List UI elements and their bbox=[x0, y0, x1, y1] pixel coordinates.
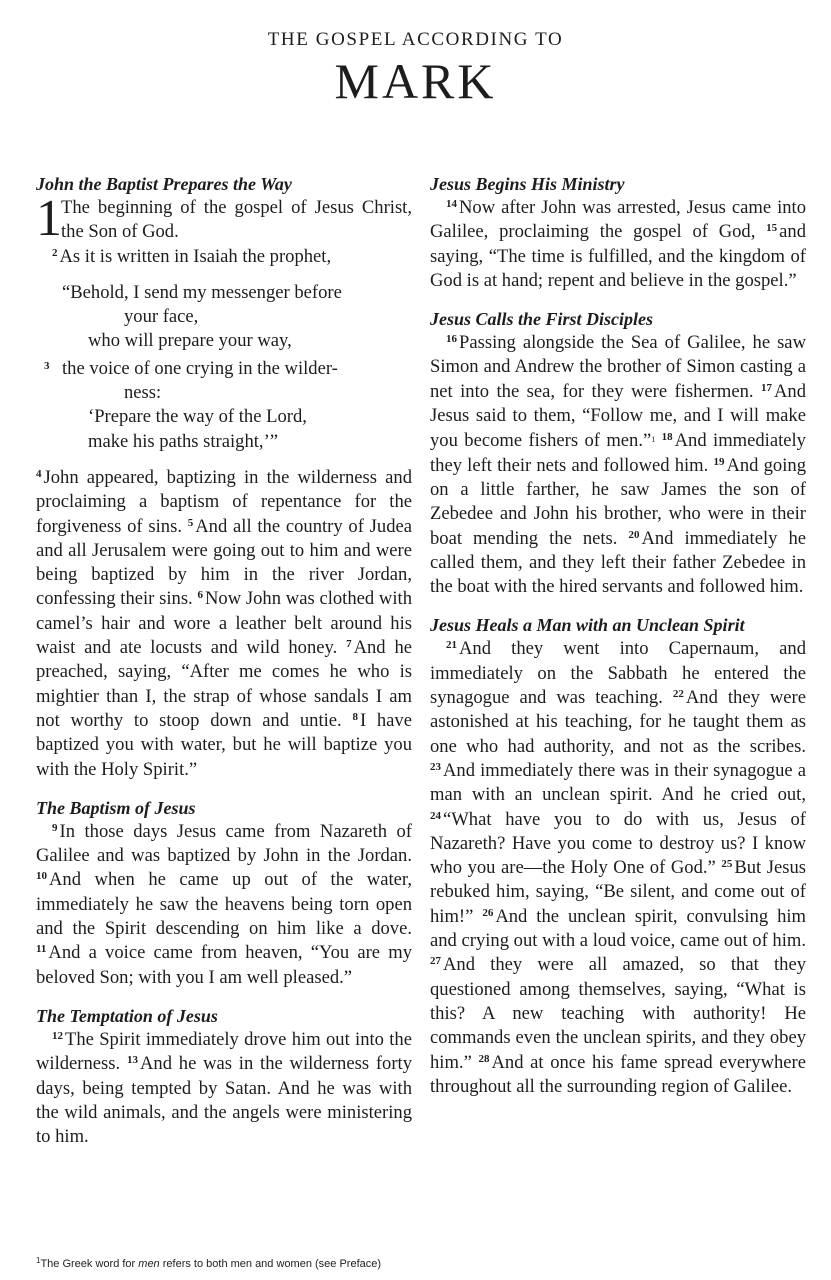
section-heading: Jesus Calls the First Disciples bbox=[430, 307, 806, 331]
paragraph-verses-21-28: 21And they went into Capernaum, and imme… bbox=[430, 637, 806, 1099]
footnote-term: men bbox=[138, 1258, 159, 1270]
verse-number: 25 bbox=[721, 858, 732, 870]
verse-number: 8 bbox=[352, 711, 358, 723]
poetry-line: ‘Prepare the way of the Lord, bbox=[36, 405, 412, 429]
verse-number: 19 bbox=[713, 456, 724, 468]
paragraph-verses-12-13: 12The Spirit immediately drove him out i… bbox=[36, 1028, 412, 1149]
verse-number: 4 bbox=[36, 468, 42, 480]
paragraph-verses-16-20: 16Passing alongside the Sea of Galilee, … bbox=[430, 331, 806, 599]
book-title: MARK bbox=[0, 56, 831, 106]
poetry-line: ness: bbox=[36, 381, 412, 405]
verse-number: 2 bbox=[52, 247, 58, 259]
verse-1: The beginning of the gospel of Jesus Chr… bbox=[61, 196, 412, 245]
verse-number: 28 bbox=[478, 1053, 489, 1065]
right-column: Jesus Begins His Ministry 14Now after Jo… bbox=[430, 172, 806, 1099]
section-heading: Jesus Heals a Man with an Unclean Spirit bbox=[430, 613, 806, 637]
poetry-line: “Behold, I send my messenger before bbox=[36, 281, 412, 305]
section-heading: The Baptism of Jesus bbox=[36, 796, 412, 820]
verse-number: 27 bbox=[430, 955, 441, 967]
verse-number: 14 bbox=[446, 198, 457, 210]
poetry-line: make his paths straight,’” bbox=[36, 430, 412, 454]
verse-number: 24 bbox=[430, 810, 441, 822]
paragraph-verses-14-15: 14Now after John was arrested, Jesus cam… bbox=[430, 196, 806, 293]
paragraph-verses-4-8: 4John appeared, baptizing in the wildern… bbox=[36, 466, 412, 782]
verse-number: 21 bbox=[446, 639, 457, 651]
verse-number: 12 bbox=[52, 1030, 63, 1042]
verse-number: 5 bbox=[188, 517, 194, 529]
verse-number: 18 bbox=[662, 431, 673, 443]
section-heading: Jesus Begins His Ministry bbox=[430, 172, 806, 196]
verse-number: 15 bbox=[766, 222, 777, 234]
verse-number: 16 bbox=[446, 333, 457, 345]
verse-number: 3 bbox=[36, 354, 62, 378]
poetry-line: your face, bbox=[36, 305, 412, 329]
poetry-line: who will prepare your way, bbox=[36, 329, 412, 353]
verse-number: 26 bbox=[482, 907, 493, 919]
verse-number: 20 bbox=[628, 529, 639, 541]
verse-number: 6 bbox=[197, 589, 203, 601]
verse-number: 10 bbox=[36, 870, 47, 882]
section-heading: The Temptation of Jesus bbox=[36, 1004, 412, 1028]
paragraph-verses-9-11: 9In those days Jesus came from Nazareth … bbox=[36, 820, 412, 990]
verse-number: 7 bbox=[346, 638, 352, 650]
verse-number: 13 bbox=[127, 1054, 138, 1066]
poetry-line: 3the voice of one crying in the wilder- bbox=[36, 354, 412, 381]
footnote: 1The Greek word for men refers to both m… bbox=[36, 1256, 381, 1270]
verse-number: 22 bbox=[673, 688, 684, 700]
chapter-opening: 1 The beginning of the gospel of Jesus C… bbox=[36, 196, 412, 245]
verse-number: 11 bbox=[36, 943, 46, 955]
verse-2: 2As it is written in Isaiah the prophet, bbox=[36, 245, 412, 269]
chapter-number-dropcap: 1 bbox=[36, 194, 62, 244]
verse-number: 17 bbox=[761, 382, 772, 394]
left-column: John the Baptist Prepares the Way 1 The … bbox=[36, 172, 412, 1149]
section-heading: John the Baptist Prepares the Way bbox=[36, 172, 412, 196]
footnote-reference[interactable]: 1 bbox=[651, 435, 655, 444]
verse-number: 9 bbox=[52, 822, 58, 834]
verse-number: 23 bbox=[430, 761, 441, 773]
book-kicker: THE GOSPEL ACCORDING TO bbox=[0, 29, 831, 51]
poetry-quote: “Behold, I send my messenger before your… bbox=[36, 281, 412, 454]
